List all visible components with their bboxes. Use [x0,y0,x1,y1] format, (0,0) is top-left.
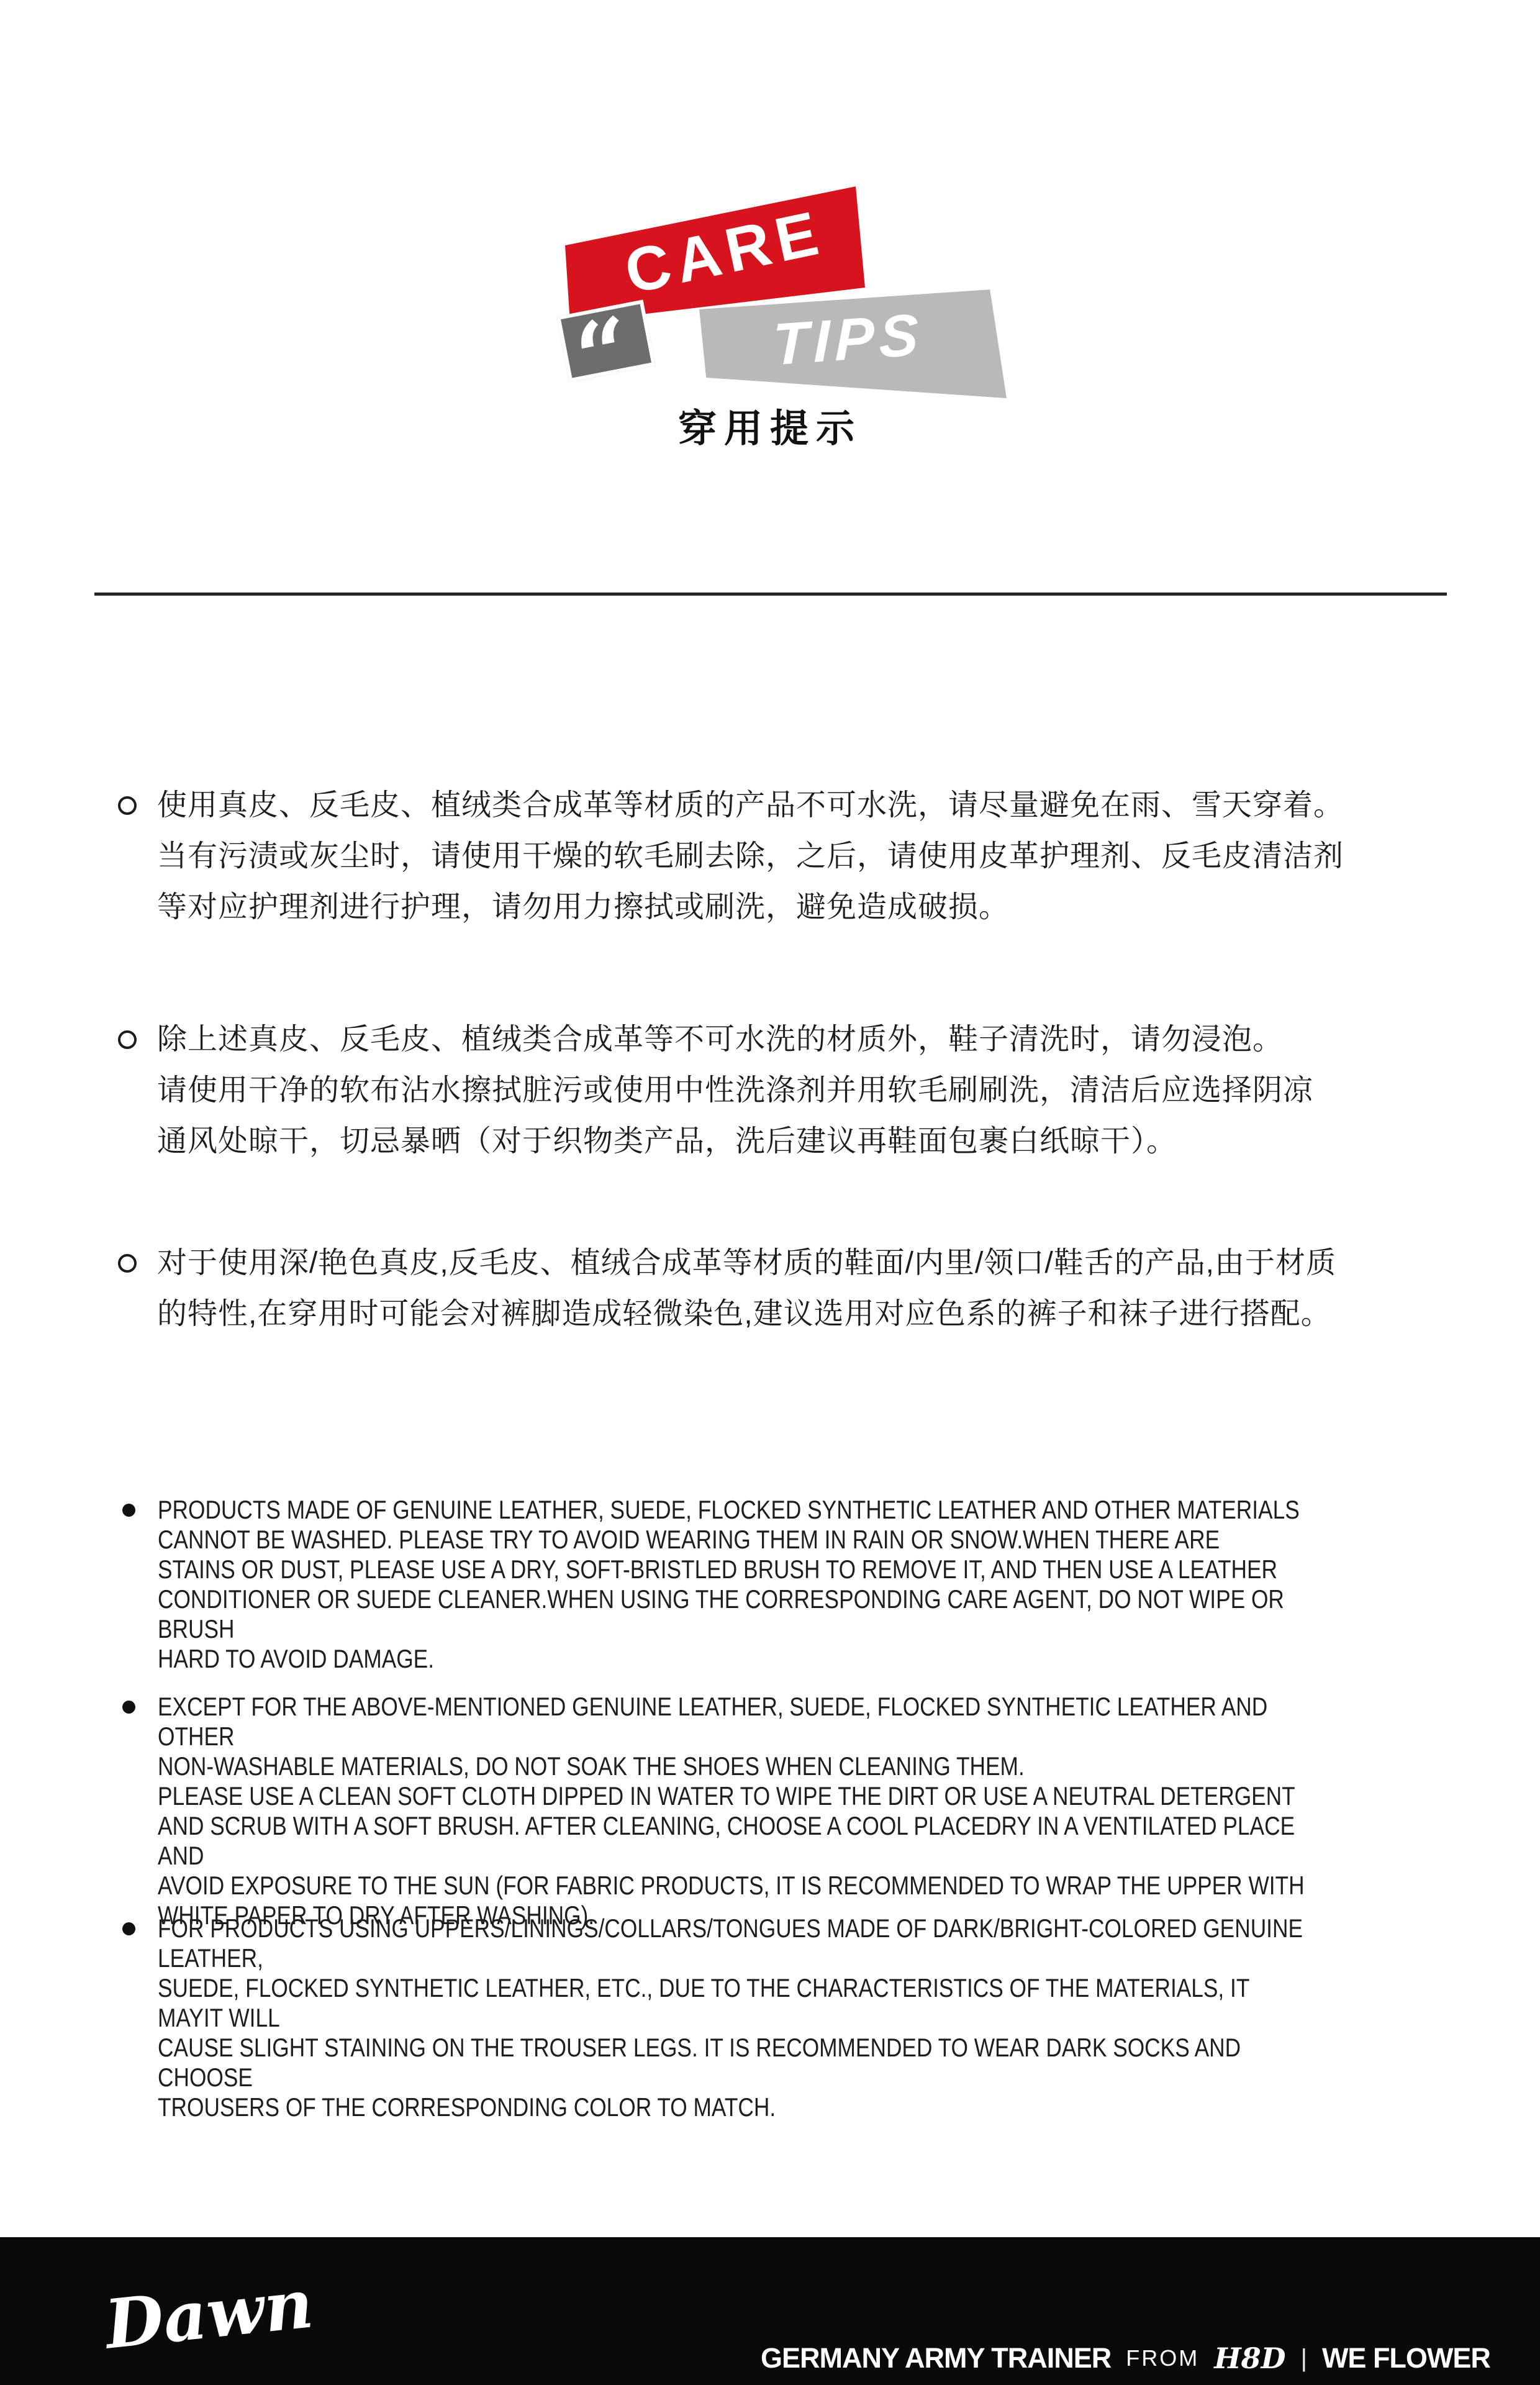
circle-bullet-icon [118,796,137,815]
page-title: 穿用提示 [0,397,1540,453]
care-instruction-cn-item: 对于使用深/艳色真皮,反毛皮、植绒合成革等材质的鞋面/内里/领口/鞋舌的产品,由… [118,1238,1497,1340]
care-instruction-cn-item: 除上述真皮、反毛皮、植绒类合成革等不可水洗的材质外，鞋子清洗时，请勿浸泡。 请使… [118,1014,1497,1167]
care-instruction-en-item: PRODUCTS MADE OF GENUINE LEATHER, SUEDE,… [122,1495,1526,1674]
hed-brand-logo: H8D [1214,2342,1285,2375]
care-instruction-en-text: EXCEPT FOR THE ABOVE-MENTIONED GENUINE L… [158,1692,1307,1930]
separator-bar: | [1301,2345,1307,2373]
divider-line [94,593,1447,596]
care-instruction-en-item: FOR PRODUCTS USING UPPERS/LININGS/COLLAR… [122,1914,1526,2122]
circle-bullet-icon [118,1030,137,1049]
circle-bullet-icon [118,1254,137,1273]
footer-text-line: GERMANY ARMY TRAINER FROM H8D | WE FLOWE… [761,2342,1490,2375]
product-name-label: GERMANY ARMY TRAINER [761,2342,1111,2374]
quote-icon: “ [569,304,639,382]
care-instruction-cn-item: 使用真皮、反毛皮、植绒类合成革等材质的产品不可水洗，请尽量避免在雨、雪天穿着。 … [118,780,1497,933]
care-instruction-cn-text: 除上述真皮、反毛皮、植绒类合成革等不可水洗的材质外，鞋子清洗时，请勿浸泡。 请使… [157,1014,1313,1167]
dot-bullet-icon [122,1922,135,1935]
footer-bar: Dawn GERMANY ARMY TRAINER FROM H8D | WE … [0,2237,1540,2385]
care-instruction-cn-text: 对于使用深/艳色真皮,反毛皮、植绒合成革等材质的鞋面/内里/领口/鞋舌的产品,由… [157,1238,1336,1340]
care-instruction-en-text: FOR PRODUCTS USING UPPERS/LININGS/COLLAR… [158,1914,1307,2122]
from-label: FROM [1126,2345,1199,2371]
care-instruction-en-item: EXCEPT FOR THE ABOVE-MENTIONED GENUINE L… [122,1692,1526,1930]
dawn-brand-logo: Dawn [102,2270,316,2358]
dot-bullet-icon [122,1504,135,1517]
care-tips-page: CARE TIPS “ 穿用提示 使用真皮、反毛皮、植绒类合成革等材质的产品不可… [0,0,1540,2385]
care-instruction-cn-text: 使用真皮、反毛皮、植绒类合成革等材质的产品不可水洗，请尽量避免在雨、雪天穿着。 … [157,780,1344,933]
dot-bullet-icon [122,1701,135,1714]
tips-banner-label: TIPS [772,305,923,375]
we-flower-label: WE FLOWER [1322,2342,1490,2374]
care-instruction-en-text: PRODUCTS MADE OF GENUINE LEATHER, SUEDE,… [158,1495,1307,1674]
